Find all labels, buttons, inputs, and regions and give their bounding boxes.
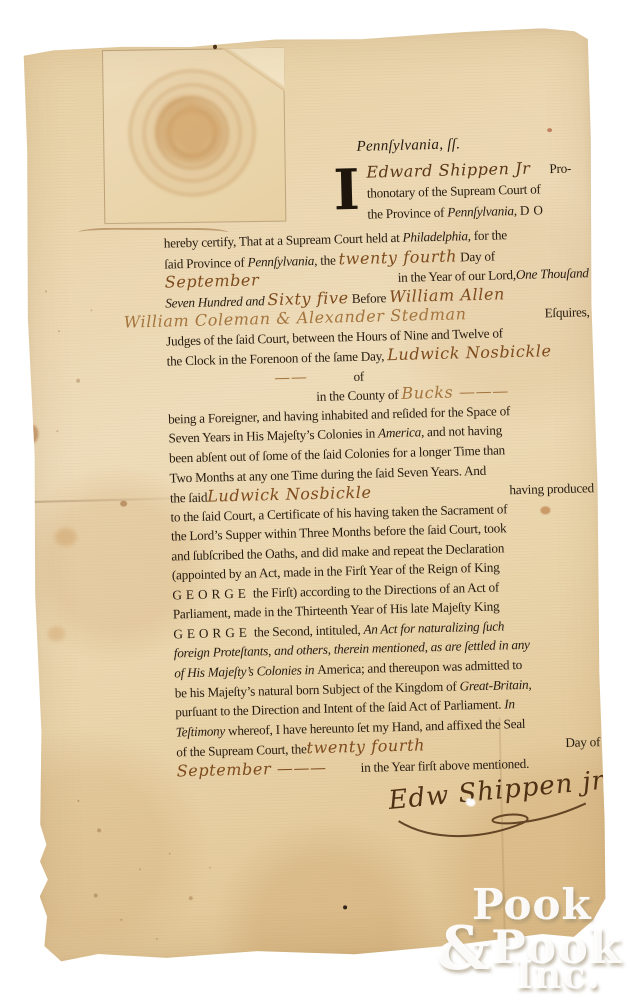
embossed-paper-seal-icon — [102, 48, 286, 225]
handwritten-text: —— — [274, 367, 308, 387]
printed-text: GEORGE — [173, 625, 251, 642]
printed-text: Pennſylvania, — [447, 203, 517, 220]
printed-text — [425, 747, 565, 750]
parchment-paper: Pennſylvania, ſſ. I Edward Shippen JrPro… — [19, 27, 611, 963]
printed-text: thonotary of the Supream Court of — [367, 181, 541, 200]
printed-text — [372, 494, 510, 497]
foxing-speckles — [45, 290, 47, 292]
printed-text: of — [353, 369, 364, 384]
printed-text — [259, 282, 397, 285]
printed-text: Teſtimony — [176, 723, 226, 739]
printed-text: Pennſylvania, — [247, 252, 317, 269]
printed-text: in the County of — [316, 387, 401, 404]
place-heading: Pennſylvania, ſſ. — [356, 136, 460, 156]
printed-text: America, — [378, 425, 424, 441]
printed-text: Seven Years in His Majeſty’s Colonies in — [168, 426, 378, 446]
stain — [120, 501, 127, 507]
printed-text: Pro- — [549, 158, 571, 180]
printed-text: Day of — [457, 248, 495, 264]
printed-text: Philadelphia, — [402, 228, 471, 245]
handwritten-text: William Allen — [389, 284, 505, 306]
printed-text — [467, 318, 545, 320]
handwritten-text: twenty fourth — [306, 736, 425, 758]
printed-text: DO — [520, 202, 547, 218]
printed-text: Great-Britain, — [459, 676, 531, 693]
fold-crease — [30, 497, 180, 503]
handwritten-text: Sixty five — [267, 288, 349, 309]
printed-text: In — [504, 696, 515, 711]
handwritten-text: September — [165, 270, 260, 292]
printed-text: America; and thereupon was admitted to — [317, 657, 522, 677]
opening-paragraph: I Edward Shippen JrPro-thonotary of the … — [333, 157, 572, 226]
stain — [47, 626, 65, 641]
opening-lines: Edward Shippen JrPro-thonotary of the Su… — [333, 157, 572, 226]
handwritten-text: twenty fourth — [338, 246, 457, 268]
printed-text: in the Year firſt above mentioned. — [360, 756, 529, 775]
printed-text: An Act for naturalizing ſuch — [363, 618, 504, 636]
printed-text: One Thouſand — [516, 263, 589, 284]
handwritten-text: Ludwick Nosbickle — [387, 341, 552, 364]
printed-text: and not having — [424, 423, 502, 440]
body-text: hereby certify, That at a Supream Court … — [164, 223, 601, 781]
printed-text: ſaid Province of — [164, 254, 248, 271]
document-photo: Pennſylvania, ſſ. I Edward Shippen JrPro… — [0, 0, 630, 1000]
ampersand: & — [436, 914, 491, 984]
printed-text: of His Majeſty’s Colonies in — [174, 662, 317, 680]
stain — [55, 528, 77, 547]
foxing-speckles — [77, 800, 79, 802]
printed-text — [327, 772, 361, 773]
stain — [26, 425, 38, 443]
printed-text: Before — [349, 290, 390, 306]
stain — [213, 44, 217, 49]
printed-text: Eſquires, — [544, 302, 589, 323]
printed-text: Day of — [565, 732, 600, 752]
printed-text: the Province of — [367, 205, 447, 222]
stain — [343, 905, 347, 909]
opening-3: the Province of Pennſylvania, DO — [334, 199, 572, 226]
printed-text: having produced — [509, 478, 594, 500]
handwritten-text: September ——— — [176, 758, 326, 781]
printed-text: GEORGE — [172, 585, 250, 602]
printed-text: Seven Hundred and — [165, 293, 268, 310]
printed-text: the — [317, 252, 339, 268]
stain — [547, 128, 552, 132]
auction-watermark: Inc. — [515, 952, 601, 997]
printed-text: the Second, intituled, — [251, 622, 364, 640]
handwritten-text: Bucks ——— — [401, 382, 509, 404]
printed-text: for the — [471, 227, 507, 243]
drop-cap: I — [333, 165, 360, 217]
